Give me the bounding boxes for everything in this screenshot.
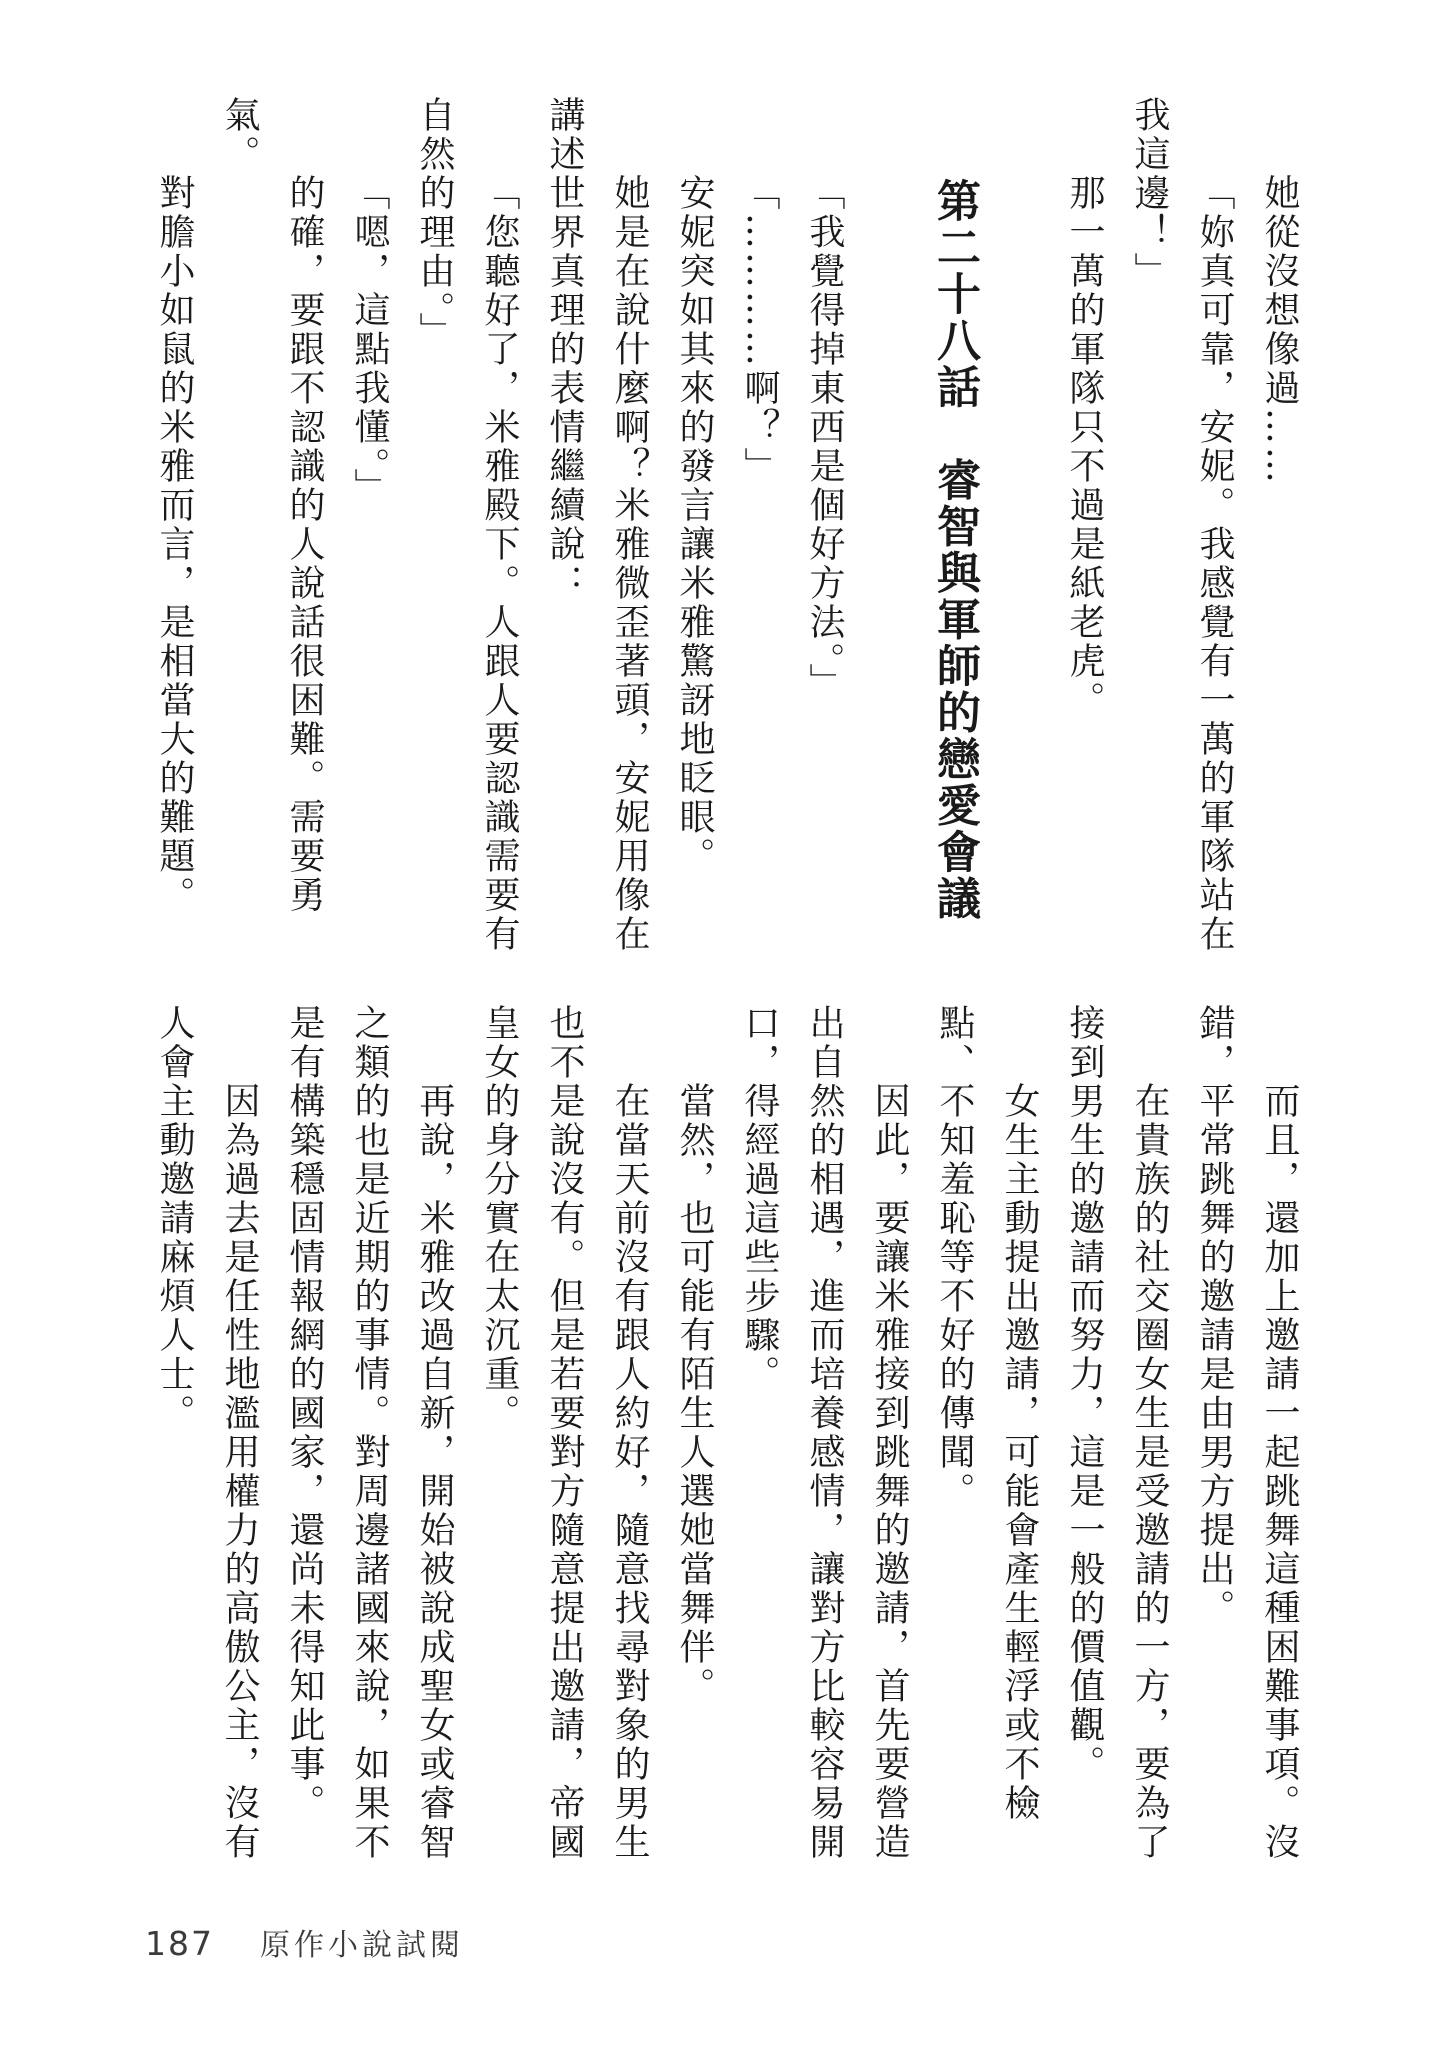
text-column: 氣。: [207, 96, 272, 964]
footer-label: 原作小說試閱: [260, 1920, 464, 1964]
text-column: 她是在說什麼啊？米雅微歪著頭，安妮用像在: [597, 96, 662, 964]
text-column: 人會主動邀請麻煩人士。: [142, 1004, 207, 1872]
text-column: 「妳真可靠，安妮。我感覺有一萬的軍隊站在: [1182, 96, 1247, 964]
text-column: 口，得經過這些步驟。: [727, 1004, 792, 1872]
text-column: 對膽小如鼠的米雅而言，是相當大的難題。: [142, 96, 207, 964]
text-column: 皇女的身分實在太沉重。: [467, 1004, 532, 1872]
bottom-text-block: 而且，還加上邀請一起跳舞這種困難事項。沒錯，平常跳舞的邀請是由男方提出。在貴族的…: [136, 1004, 1312, 1872]
text-column: 之類的也是近期的事情。對周邊諸國來說，如果不: [337, 1004, 402, 1872]
text-column: 點、不知羞恥等不好的傳聞。: [922, 1004, 987, 1872]
text-column: 在當天前沒有跟人約好，隨意找尋對象的男生: [597, 1004, 662, 1872]
text-column: 的確，要跟不認識的人說話很困難。需要勇: [272, 96, 337, 964]
chapter-title: 第二十八話 睿智與軍師的戀愛會議: [922, 96, 987, 964]
top-text-block: 她從沒想像過……「妳真可靠，安妮。我感覺有一萬的軍隊站在我這邊！」那一萬的軍隊只…: [136, 96, 1312, 964]
text-column: 自然的理由。」: [402, 96, 467, 964]
text-column: 在貴族的社交圈女生是受邀請的一方，要為了: [1117, 1004, 1182, 1872]
text-column: 因此，要讓米雅接到跳舞的邀請，首先要營造: [857, 1004, 922, 1872]
novel-page: 她從沒想像過……「妳真可靠，安妮。我感覺有一萬的軍隊站在我這邊！」那一萬的軍隊只…: [0, 0, 1440, 2048]
text-column: 再說，米雅改過自新，開始被說成聖女或睿智: [402, 1004, 467, 1872]
text-column: 我這邊！」: [1117, 96, 1182, 964]
page-footer: 187 原作小說試閱: [145, 1920, 464, 1964]
text-column: 講述世界真理的表情繼續說：: [532, 96, 597, 964]
text-column: 安妮突如其來的發言讓米雅驚訝地眨眼。: [662, 96, 727, 964]
text-column: 「…………啊？」: [727, 96, 792, 964]
text-column: 因為過去是任性地濫用權力的高傲公主，沒有: [207, 1004, 272, 1872]
page-number: 187: [145, 1924, 214, 1963]
text-column: 出自然的相遇，進而培養感情，讓對方比較容易開: [792, 1004, 857, 1872]
text-column: 「您聽好了，米雅殿下。人跟人要認識需要有: [467, 96, 532, 964]
text-column: 也不是說沒有。但是若要對方隨意提出邀請，帝國: [532, 1004, 597, 1872]
text-column: 她從沒想像過……: [1247, 96, 1312, 964]
text-column: 「我覺得掉東西是個好方法。」: [792, 96, 857, 964]
text-column: 當然，也可能有陌生人選她當舞伴。: [662, 1004, 727, 1872]
text-column: 錯，平常跳舞的邀請是由男方提出。: [1182, 1004, 1247, 1872]
text-column: 「嗯，這點我懂。」: [337, 96, 402, 964]
text-column: 而且，還加上邀請一起跳舞這種困難事項。沒: [1247, 1004, 1312, 1872]
text-column: 是有構築穩固情報網的國家，還尚未得知此事。: [272, 1004, 337, 1872]
text-column: 女生主動提出邀請，可能會產生輕浮或不檢: [987, 1004, 1052, 1872]
text-column: 接到男生的邀請而努力，這是一般的價值觀。: [1052, 1004, 1117, 1872]
text-column: 那一萬的軍隊只不過是紙老虎。: [1052, 96, 1117, 964]
